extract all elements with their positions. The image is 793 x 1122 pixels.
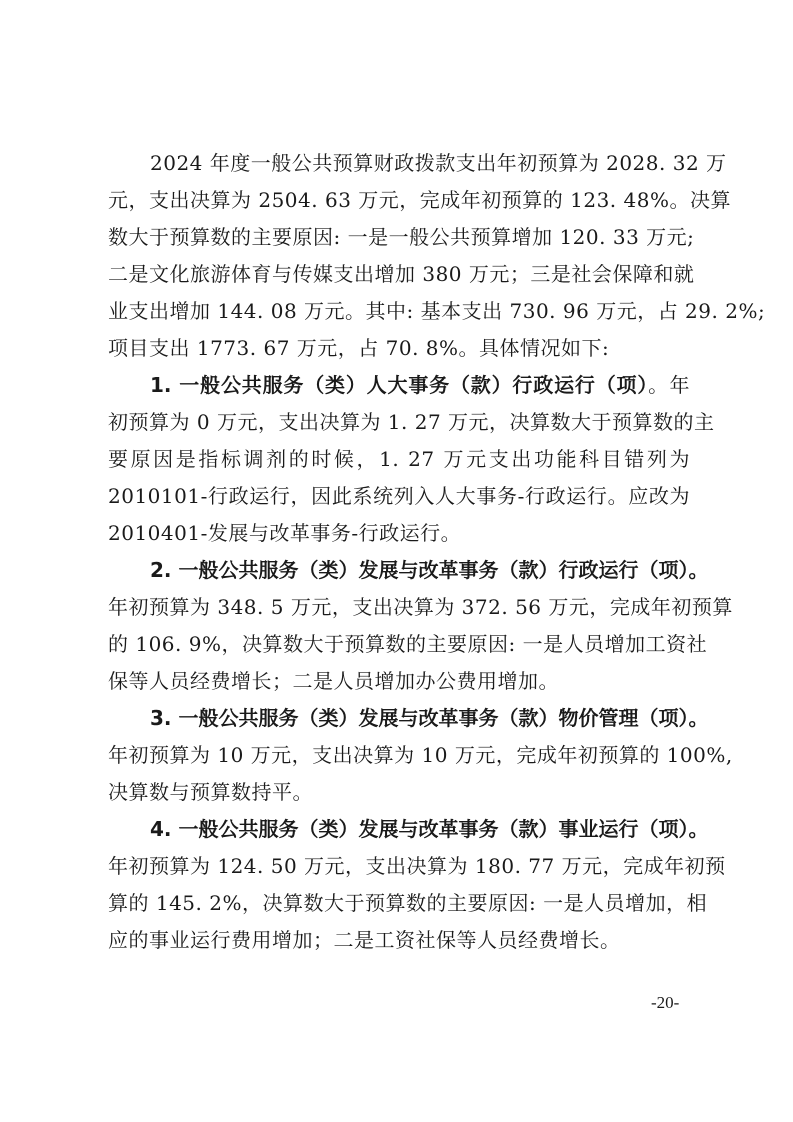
item-2-heading-line: 2. 一般公共服务（类）发展与改革事务（款）行政运行（项）。 <box>108 552 690 589</box>
text-line: 2024 年度一般公共预算财政拨款支出年初预算为 2028. 32 万 <box>108 145 690 182</box>
text-line: 算的 145. 2%，决算数大于预算数的主要原因: 一是人员增加，相 <box>108 885 690 922</box>
page-number: -20- <box>651 993 679 1013</box>
text-line: 2010101-行政运行，因此系统列入人大事务-行政运行。应改为 <box>108 478 690 515</box>
text-line: 年初预算为 124. 50 万元，支出决算为 180. 77 万元，完成年初预 <box>108 848 690 885</box>
item-2-heading: 2. 一般公共服务（类）发展与改革事务（款）行政运行（项）。 <box>150 558 708 582</box>
item-2-paragraph: 2. 一般公共服务（类）发展与改革事务（款）行政运行（项）。 年初预算为 348… <box>108 552 690 700</box>
text-line: 数大于预算数的主要原因: 一是一般公共预算增加 120. 33 万元; <box>108 219 690 256</box>
item-3-paragraph: 3. 一般公共服务（类）发展与改革事务（款）物价管理（项）。 年初预算为 10 … <box>108 700 690 811</box>
text-line: 业支出增加 144. 08 万元。其中: 基本支出 730. 96 万元，占 2… <box>108 293 690 330</box>
text-line: 年初预算为 348. 5 万元，支出决算为 372. 56 万元，完成年初预算 <box>108 589 690 626</box>
text-line: 项目支出 1773. 67 万元，占 70. 8%。具体情况如下: <box>108 330 690 367</box>
text-line: 初预算为 0 万元，支出决算为 1. 27 万元，决算数大于预算数的主 <box>108 404 690 441</box>
summary-paragraph: 2024 年度一般公共预算财政拨款支出年初预算为 2028. 32 万 元，支出… <box>108 145 690 367</box>
item-1-heading: 1. 一般公共服务（类）人大事务（款）行政运行（项） <box>150 373 648 397</box>
text-line: 年初预算为 10 万元，支出决算为 10 万元，完成年初预算的 100%, <box>108 737 690 774</box>
item-1-heading-line: 1. 一般公共服务（类）人大事务（款）行政运行（项）。年 <box>108 367 690 404</box>
item-1-paragraph: 1. 一般公共服务（类）人大事务（款）行政运行（项）。年 初预算为 0 万元，支… <box>108 367 690 552</box>
text-line: 应的事业运行费用增加；二是工资社保等人员经费增长。 <box>108 922 690 959</box>
document-body: 2024 年度一般公共预算财政拨款支出年初预算为 2028. 32 万 元，支出… <box>108 145 690 959</box>
item-1-heading-tail: 。年 <box>648 373 690 397</box>
text-line: 二是文化旅游体育与传媒支出增加 380 万元；三是社会保障和就 <box>108 256 690 293</box>
item-3-heading-line: 3. 一般公共服务（类）发展与改革事务（款）物价管理（项）。 <box>108 700 690 737</box>
item-4-paragraph: 4. 一般公共服务（类）发展与改革事务（款）事业运行（项）。 年初预算为 124… <box>108 811 690 959</box>
text-line: 决算数与预算数持平。 <box>108 774 690 811</box>
item-4-heading: 4. 一般公共服务（类）发展与改革事务（款）事业运行（项）。 <box>150 817 708 841</box>
text-line: 要原因是指标调剂的时候，1. 27 万元支出功能科目错列为 <box>108 441 690 478</box>
text-line: 的 106. 9%，决算数大于预算数的主要原因: 一是人员增加工资社 <box>108 626 690 663</box>
text-line: 元，支出决算为 2504. 63 万元，完成年初预算的 123. 48%。决算 <box>108 182 690 219</box>
item-4-heading-line: 4. 一般公共服务（类）发展与改革事务（款）事业运行（项）。 <box>108 811 690 848</box>
text-line: 保等人员经费增长；二是人员增加办公费用增加。 <box>108 663 690 700</box>
item-3-heading: 3. 一般公共服务（类）发展与改革事务（款）物价管理（项）。 <box>150 706 708 730</box>
text-line: 2010401-发展与改革事务-行政运行。 <box>108 515 690 552</box>
